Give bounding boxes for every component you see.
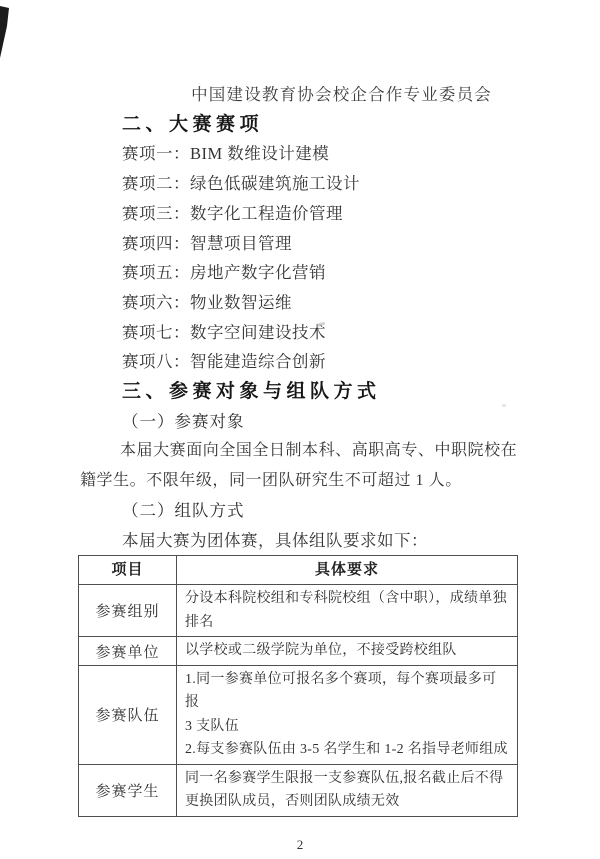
event-item-5: 赛项五：房地产数字化营销 [80, 258, 520, 288]
event-item-6: 赛项六：物业数智运维 [80, 288, 520, 318]
column-header-requirement: 具体要求 [177, 556, 518, 585]
event-item-3: 赛项三：数字化工程造价管理 [80, 199, 520, 229]
row-label-group: 参赛组别 [79, 585, 177, 637]
section-participants-heading: 三、参赛对象与组队方式 [80, 377, 520, 407]
row-requirement-student: 同一名参赛学生限报一支参赛队伍,报名截止后不得 更换团队成员，否则团队成绩无效 [177, 764, 518, 816]
row-requirement-team: 1.同一参赛单位可报名多个赛项，每个赛项最多可报 3 支队伍 2.每支参赛队伍由… [177, 665, 518, 764]
document-page: 中国建设教育协会校企合作专业委员会 二、大赛赛项 赛项一：BIM 数维设计建模 … [0, 0, 600, 859]
sub1-heading: （一）参赛对象 [80, 407, 520, 437]
sub2-intro-line: 本届大赛为团体赛，具体组队要求如下： [80, 526, 520, 556]
event-item-1: 赛项一：BIM 数维设计建模 [80, 139, 520, 169]
table-row-unit: 参赛单位 以学校或二级学院为单位，不接受跨校组队 [79, 637, 518, 666]
team-requirements-table: 项目 具体要求 参赛组别 分设本科院校组和专科院校组（含中职），成绩单独 排名 … [78, 555, 518, 817]
section-events-heading: 二、大赛赛项 [80, 110, 520, 140]
event-item-4: 赛项四：智慧项目管理 [80, 229, 520, 259]
document-content: 中国建设教育协会校企合作专业委员会 二、大赛赛项 赛项一：BIM 数维设计建模 … [0, 0, 600, 853]
org-header-line: 中国建设教育协会校企合作专业委员会 [80, 80, 520, 110]
table-row-team: 参赛队伍 1.同一参赛单位可报名多个赛项，每个赛项最多可报 3 支队伍 2.每支… [79, 665, 518, 764]
row-requirement-group: 分设本科院校组和专科院校组（含中职），成绩单独 排名 [177, 585, 518, 637]
sub2-heading: （二）组队方式 [80, 496, 520, 526]
row-requirement-unit: 以学校或二级学院为单位，不接受跨校组队 [177, 637, 518, 666]
table-row-group: 参赛组别 分设本科院校组和专科院校组（含中职），成绩单独 排名 [79, 585, 518, 637]
event-item-7: 赛项七：数字空间建设技术 [80, 318, 520, 348]
event-item-8: 赛项八：智能建造综合创新 [80, 347, 520, 377]
page-number: 2 [80, 837, 520, 853]
row-label-unit: 参赛单位 [79, 637, 177, 666]
table-head: 项目 具体要求 [79, 556, 518, 585]
event-item-2: 赛项二：绿色低碳建筑施工设计 [80, 169, 520, 199]
table-row-student: 参赛学生 同一名参赛学生限报一支参赛队伍,报名截止后不得 更换团队成员，否则团队… [79, 764, 518, 816]
sub1-body-paragraph: 本届大赛面向全国全日制本科、高职高专、中职院校在 籍学生。不限年级，同一团队研究… [80, 436, 520, 495]
scan-speck [502, 404, 506, 407]
table-header-row: 项目 具体要求 [79, 556, 518, 585]
table-body: 参赛组别 分设本科院校组和专科院校组（含中职），成绩单独 排名 参赛单位 以学校… [79, 585, 518, 817]
row-label-student: 参赛学生 [79, 764, 177, 816]
column-header-item: 项目 [79, 556, 177, 585]
row-label-team: 参赛队伍 [79, 665, 177, 764]
scan-artifact-corner [0, 0, 14, 64]
